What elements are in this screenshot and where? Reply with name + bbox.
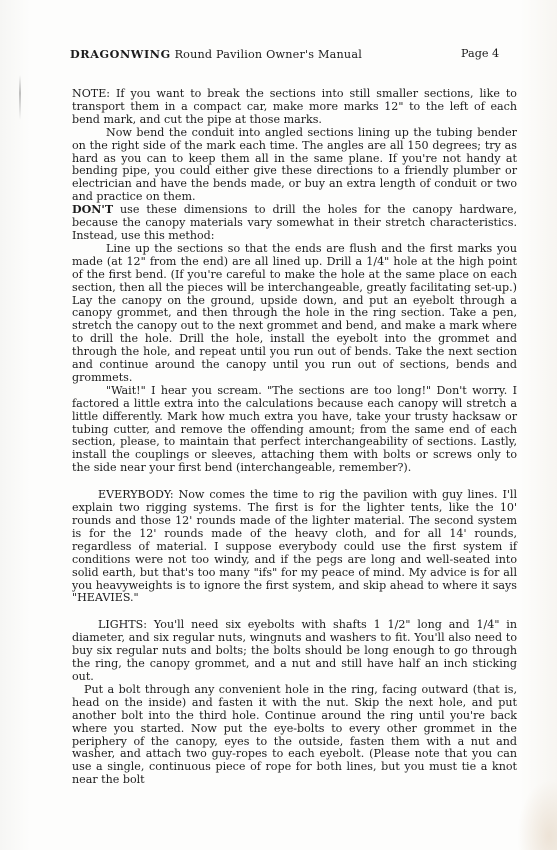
- paper-stain: [517, 780, 557, 850]
- scan-edge-mark: [19, 75, 21, 120]
- paragraph-bend: Now bend the conduit into angled section…: [72, 127, 517, 204]
- paragraph-note: NOTE: If you want to break the sections …: [72, 88, 517, 127]
- dont-text: use these dimensions to drill the holes …: [72, 203, 517, 242]
- page-number: Page 4: [461, 47, 499, 60]
- paragraph-everybody: EVERYBODY: Now comes the time to rig the…: [72, 489, 517, 605]
- paragraph-wait: "Wait!" I hear you scream. "The sections…: [72, 385, 517, 475]
- dont-emphasis: DON'T: [72, 203, 113, 216]
- paragraph-method: Line up the sections so that the ends ar…: [72, 243, 517, 385]
- running-header: DRAGONWING Round Pavilion Owner's Manual: [70, 47, 490, 61]
- paragraph-dont: DON'T use these dimensions to drill the …: [72, 204, 517, 243]
- scanned-page: DRAGONWING Round Pavilion Owner's Manual…: [0, 0, 557, 850]
- header-brand: DRAGONWING: [70, 47, 171, 61]
- header-title: Round Pavilion Owner's Manual: [175, 48, 362, 61]
- body-text: NOTE: If you want to break the sections …: [72, 88, 517, 787]
- paragraph-lights: LIGHTS: You'll need six eyebolts with sh…: [72, 619, 517, 684]
- paragraph-bolt: Put a bolt through any convenient hole i…: [72, 684, 517, 787]
